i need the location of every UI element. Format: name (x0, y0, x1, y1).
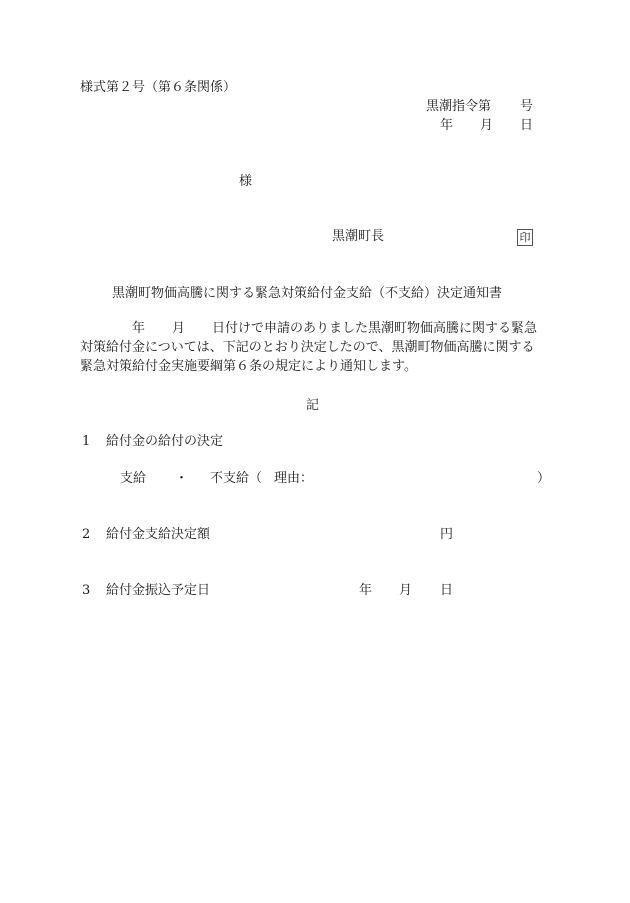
date-day: 日 (520, 118, 533, 134)
transfer-month: 月 (399, 583, 412, 599)
date-month: 月 (480, 118, 493, 134)
body-line1: 日付けで申請のありました黒潮町物価高騰に関する緊急 (212, 321, 537, 337)
item-3-number: 3 (82, 583, 90, 599)
seal-mark: 印 (517, 229, 533, 246)
body-year: 年 (132, 321, 145, 337)
reason-close-paren: ） (537, 471, 550, 487)
ki-heading: 記 (306, 398, 319, 414)
option-separator: ・ (175, 471, 188, 487)
option-pay: 支給 (120, 471, 146, 487)
option-nopay: 不支給（ (210, 471, 262, 487)
document-title: 黒潮町物価高騰に関する緊急対策給付金支給（不支給）決定通知書 (112, 286, 502, 302)
reason-label: 理由： (274, 471, 313, 487)
item-1-label: 給付金の給付の決定 (106, 434, 223, 450)
amount-unit: 円 (440, 527, 453, 543)
item-1-number: 1 (82, 434, 90, 450)
body-line2: 対策給付金については、下記のとおり決定したので、黒潮町物価高騰に関する (80, 340, 534, 356)
reference-prefix: 黒潮指令第 (426, 99, 491, 115)
reference-suffix: 号 (520, 99, 533, 115)
addressee-honorific: 様 (239, 174, 252, 190)
form-label: 様式第２号（第６条関係） (80, 80, 236, 96)
item-3-label: 給付金振込予定日 (106, 583, 210, 599)
item-2-number: 2 (82, 527, 90, 543)
item-2-label: 給付金支給決定額 (106, 527, 210, 543)
body-line3: 緊急対策給付金実施要綱第６条の規定により通知します。 (80, 359, 417, 375)
body-month: 月 (172, 321, 185, 337)
issuer-title: 黒潮町長 (332, 229, 384, 245)
transfer-year: 年 (359, 583, 372, 599)
transfer-day: 日 (440, 583, 453, 599)
date-year: 年 (440, 118, 453, 134)
